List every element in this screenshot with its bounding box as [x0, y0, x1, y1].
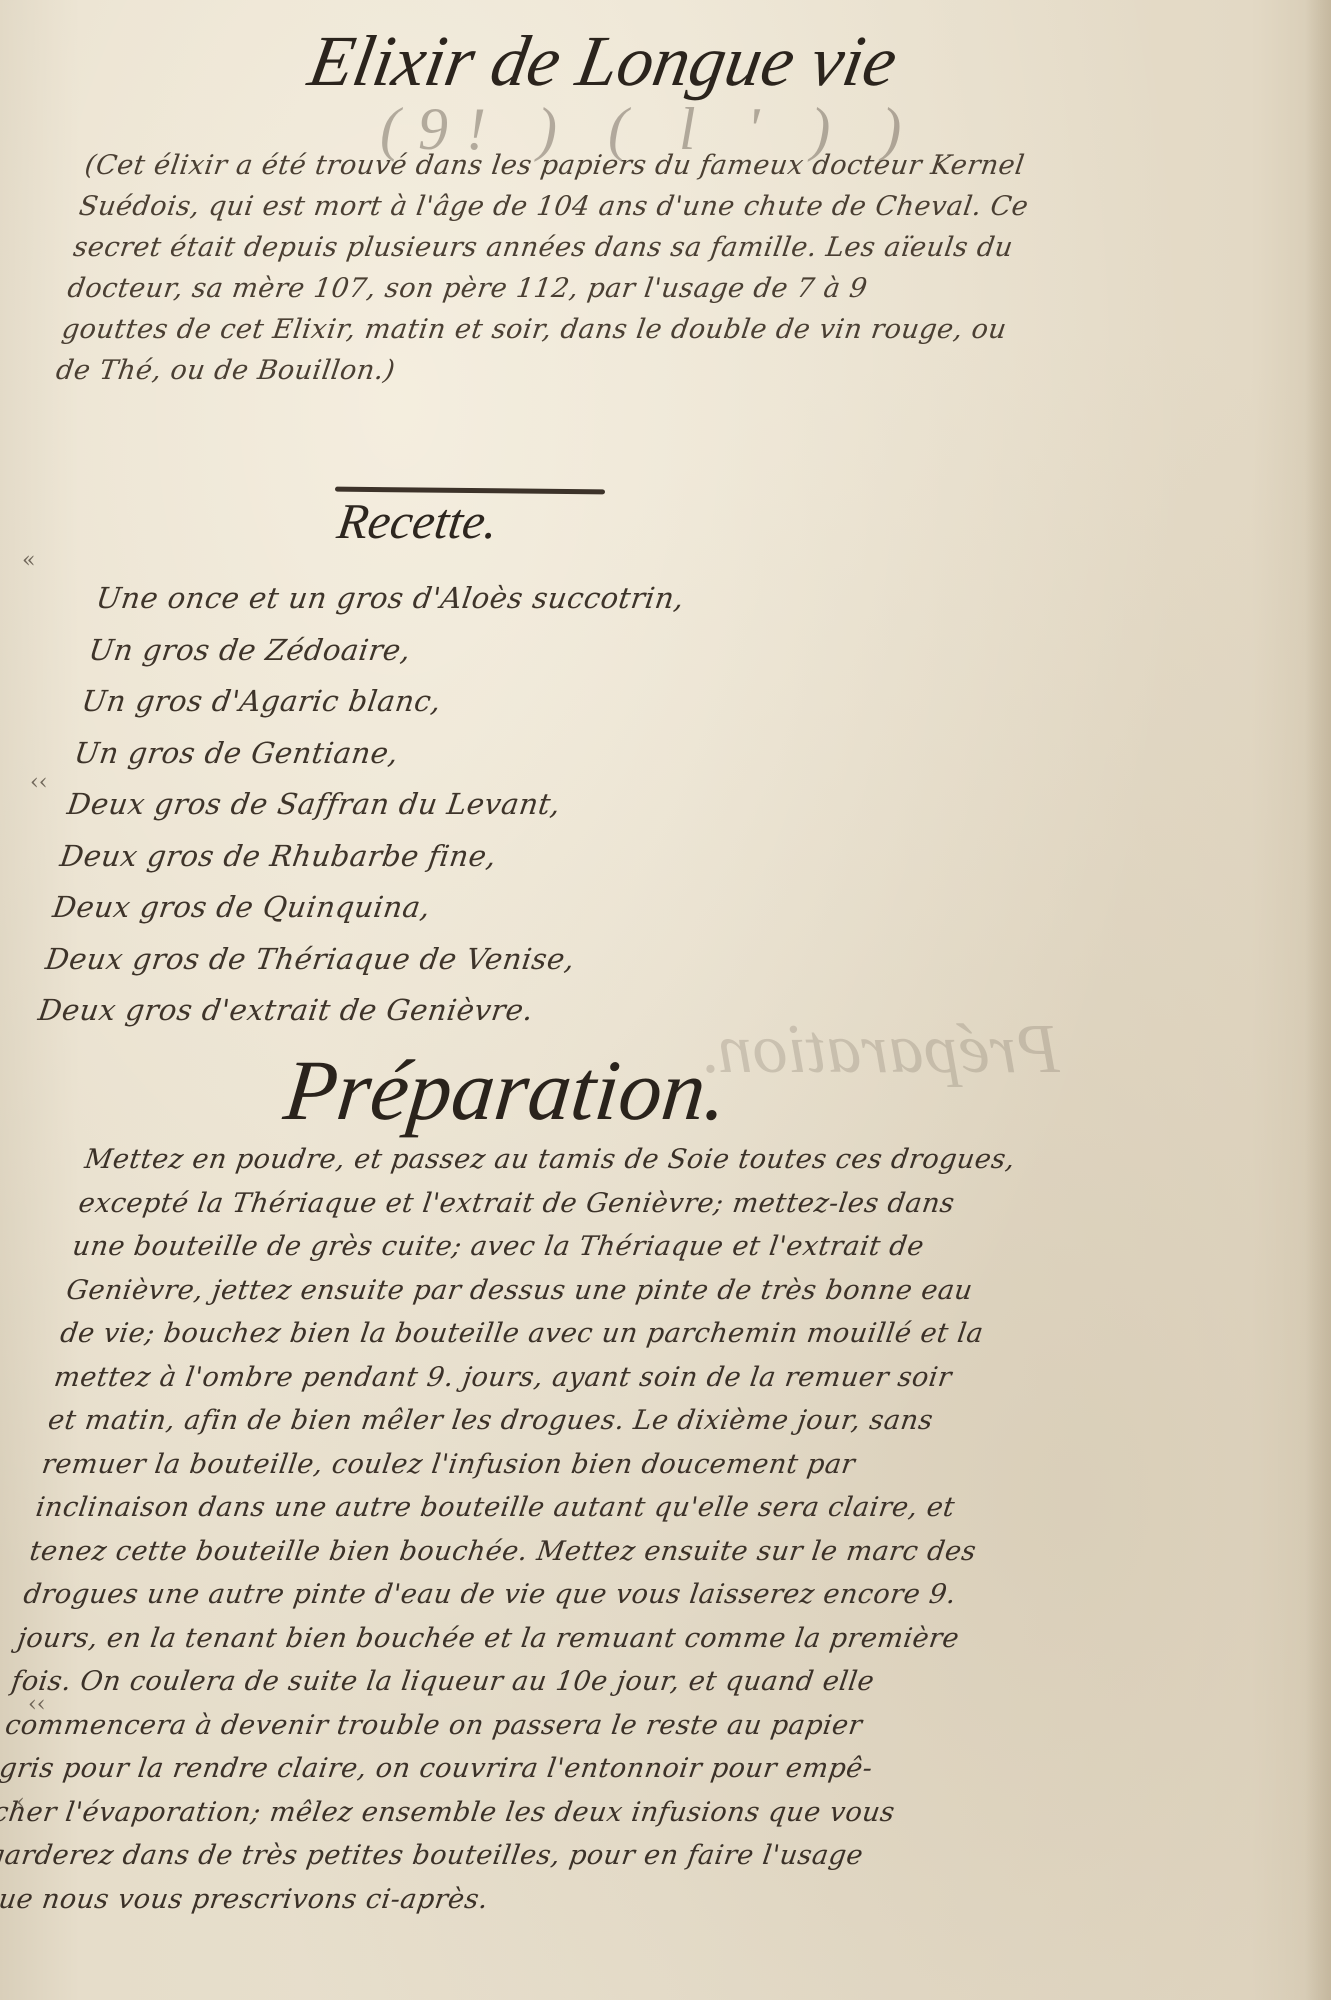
preparation-line: de vie; bouchez bien la bouteille avec u…: [57, 1312, 1293, 1356]
preparation-line: gris pour la rendre claire, on couvrira …: [0, 1747, 1232, 1791]
ingredient-item: Un gros de Gentiane,: [71, 728, 778, 780]
preparation-line: tenez cette bouteille bien bouchée. Mett…: [27, 1530, 1263, 1574]
section-heading-recette: Recette.: [334, 492, 502, 550]
preparation-line: que nous vous prescrivons ci-après.: [0, 1878, 1214, 1922]
margin-mark: «: [22, 548, 35, 573]
ingredient-item: Deux gros de Rhubarbe fine,: [57, 831, 764, 883]
intro-paragraph: (Cet élixir a été trouvé dans les papier…: [53, 145, 1288, 391]
preparation-line: drogues une autre pinte d'eau de vie que…: [21, 1573, 1257, 1617]
ingredient-item: Un gros d'Agaric blanc,: [78, 676, 785, 728]
intro-line: (Cet élixir a été trouvé dans les papier…: [82, 145, 1288, 186]
intro-line: docteur, sa mère 107, son père 112, par …: [65, 268, 1271, 309]
intro-line: de Thé, ou de Bouillon.): [53, 350, 1259, 391]
ingredient-list: Une once et un gros d'Aloès succotrin, U…: [35, 573, 800, 1037]
preparation-line: commencera à devenir trouble on passera …: [2, 1704, 1238, 1748]
margin-mark: ‹‹: [30, 770, 48, 795]
ingredient-item: Une once et un gros d'Aloès succotrin,: [93, 573, 800, 625]
page-title: Elixir de Longue vie: [303, 20, 903, 103]
ingredient-item: Deux gros de Thériaque de Venise,: [42, 934, 749, 986]
preparation-paragraph: Mettez en poudre, et passez au tamis de …: [0, 1138, 1318, 1921]
preparation-line: une bouteille de grès cuite; avec la Thé…: [70, 1225, 1306, 1269]
preparation-line: excepté la Thériaque et l'extrait de Gen…: [76, 1182, 1312, 1226]
preparation-line: et matin, afin de bien mêler les drogues…: [45, 1399, 1281, 1443]
preparation-line: jours, en la tenant bien bouchée et la r…: [15, 1617, 1251, 1661]
intro-line: secret était depuis plusieurs années dan…: [71, 227, 1277, 268]
preparation-line: garderez dans de très petites bouteilles…: [0, 1834, 1220, 1878]
ingredient-item: Deux gros de Quinquina,: [49, 882, 756, 934]
section-heading-preparation: Préparation.: [280, 1040, 732, 1140]
ingredient-item: Deux gros d'extrait de Genièvre.: [35, 985, 742, 1037]
ingredient-item: Deux gros de Saffran du Levant,: [64, 779, 771, 831]
intro-line: Suédois, qui est mort à l'âge de 104 ans…: [76, 186, 1282, 227]
preparation-line: fois. On coulera de suite la liqueur au …: [9, 1660, 1245, 1704]
preparation-line: cher l'évaporation; mêlez ensemble les d…: [0, 1791, 1226, 1835]
preparation-line: remuer la bouteille, coulez l'infusion b…: [39, 1443, 1275, 1487]
preparation-line: inclinaison dans une autre bouteille aut…: [33, 1486, 1269, 1530]
preparation-line: Genièvre, jettez ensuite par dessus une …: [64, 1269, 1300, 1313]
preparation-line: Mettez en poudre, et passez au tamis de …: [82, 1138, 1318, 1182]
preparation-line: mettez à l'ombre pendant 9. jours, ayant…: [51, 1356, 1287, 1400]
ingredient-item: Un gros de Zédoaire,: [86, 625, 793, 677]
manuscript-page: Elixir de Longue vie (9! ) ( l ' ) ) (Ce…: [0, 0, 1331, 2000]
intro-line: gouttes de cet Elixir, matin et soir, da…: [59, 309, 1265, 350]
ink-bleed-through: Préparation.: [700, 1010, 1060, 1090]
